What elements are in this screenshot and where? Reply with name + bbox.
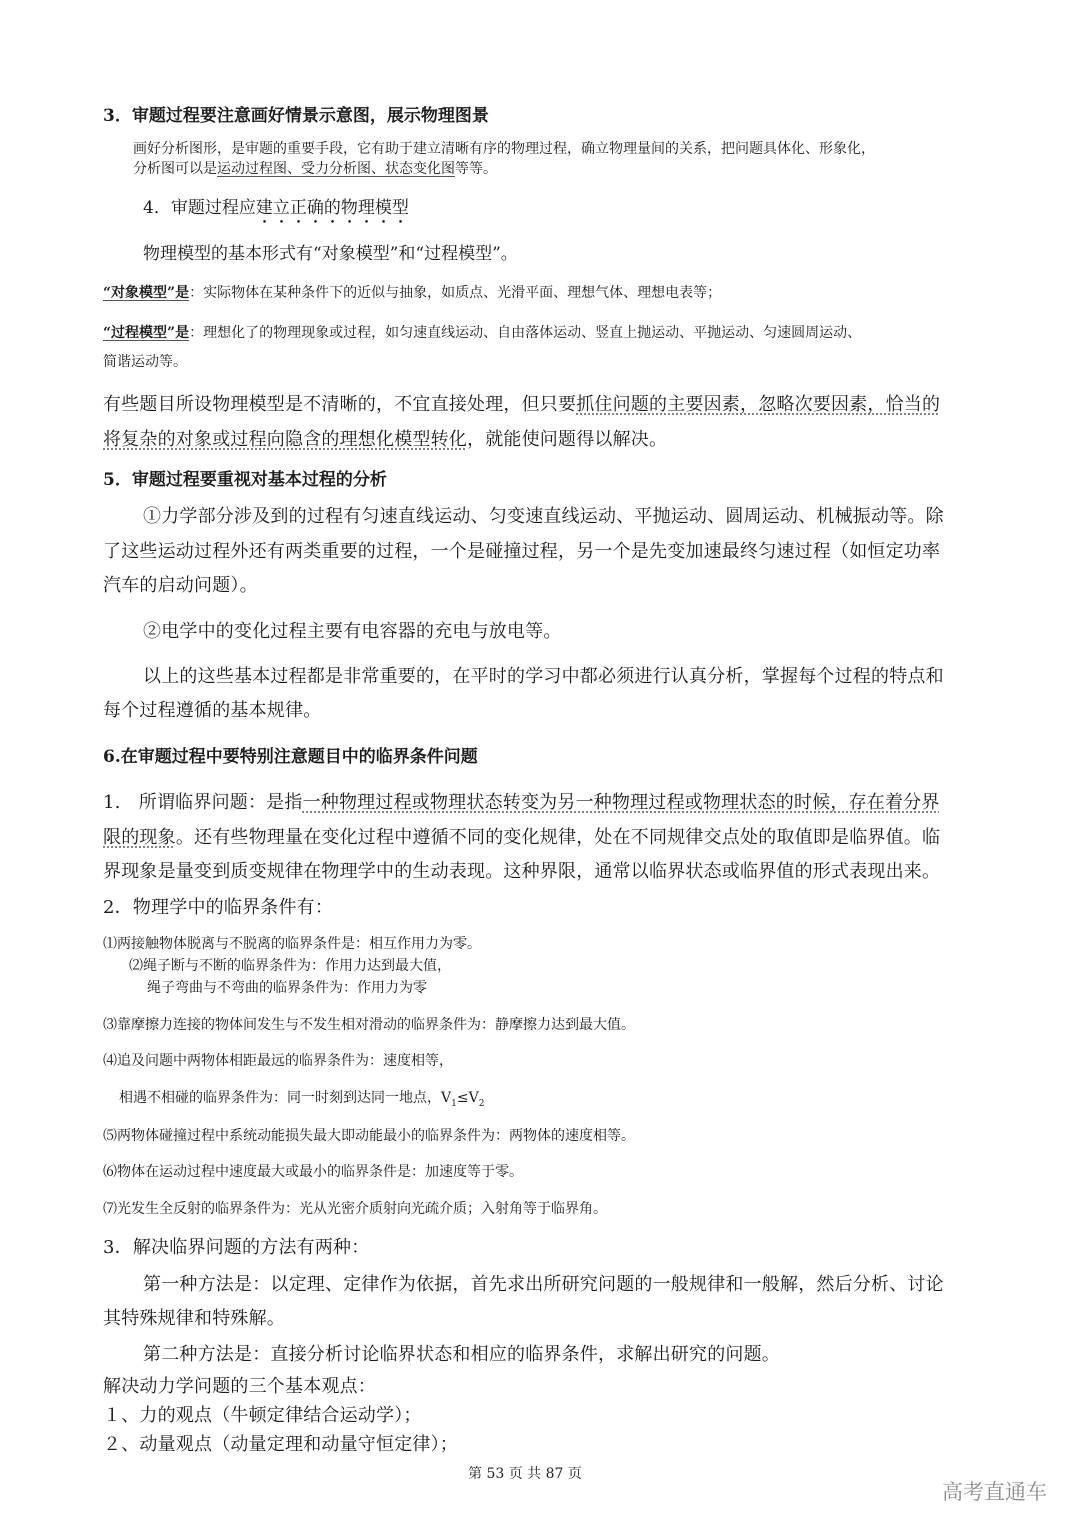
page-number: 第 53 页 共 87 页 bbox=[468, 1463, 582, 1483]
text: ：实际物体在某种条件下的近似与抽象，如质点、光滑平面、理想气体、理想电表等； bbox=[189, 285, 721, 301]
section-4-intro: 物理模型的基本形式有“对象模型”和“过程模型”。 bbox=[143, 239, 518, 264]
dynamics-heading: 解决动力学问题的三个基本观点： bbox=[103, 1372, 376, 1398]
process-model-definition: “过程模型”是：理想化了的物理现象或过程，如匀速直线运动、自由落体运动、竖直上抛… bbox=[103, 322, 861, 342]
text: 。还有些物理量在变化过程中遵循不同的变化规律，处在不同规律交点处的取值即是临界值… bbox=[176, 827, 940, 848]
heading-text: 4．审题过程应 bbox=[143, 198, 256, 218]
method-1-line-1: 第一种方法是：以定理、定律作为依据，首先求出所研究问题的一般规律和一般解，然后分… bbox=[143, 1270, 944, 1296]
underlined-definition-cont: 限的现象 bbox=[103, 827, 176, 848]
section-3-paragraph-line-2: 分析图可以是运动过程图、受力分析图、状态变化图等等。 bbox=[133, 158, 497, 178]
underlined-definition: 一种物理过程或物理状态转变为另一种物理过程或物理状态的时候，存在着分界 bbox=[303, 792, 940, 813]
text: 分析图可以是 bbox=[133, 161, 217, 177]
operator: ≤ bbox=[457, 1090, 469, 1106]
section-5-item-2: ②电学中的变化过程主要有电容器的充电与放电等。 bbox=[143, 617, 562, 643]
section-3-heading: 3．审题过程要注意画好情景示意图，展示物理图景 bbox=[103, 101, 489, 126]
section-3-paragraph-line-1: 画好分析图形，是审题的重要手段，它有助于建立清晰有序的物理过程，确立物理量间的关… bbox=[133, 138, 875, 158]
section-6-heading: 6.在审题过程中要特别注意题目中的临界条件问题 bbox=[103, 742, 478, 767]
text: ，就能使问题得以解决。 bbox=[467, 429, 667, 450]
process-model-label: “过程模型”是 bbox=[103, 325, 189, 341]
v-symbol: V bbox=[469, 1090, 479, 1106]
critical-problem-line-3: 界现象是量变到质变规律在物理学中的生动表现。这种界限，通常以临界状态或临界值的形… bbox=[103, 857, 940, 883]
emphasized-heading-text: 建立正确的物理模型 bbox=[256, 198, 409, 218]
condition-4-cont: 相遇不相碰的临界条件为：同一时刻到达同一地点，V1≤V2 bbox=[119, 1087, 484, 1109]
subscript: 2 bbox=[479, 1099, 485, 1109]
dynamics-item-1: １、力的观点（牛顿定律结合运动学）； bbox=[103, 1401, 422, 1427]
velocity-formula: V1≤V2 bbox=[441, 1090, 484, 1106]
condition-1: ⑴两接触物体脱离与不脱离的临界条件是：相互作用力为零。 bbox=[103, 933, 481, 953]
text: 相遇不相碰的临界条件为：同一时刻到达同一地点， bbox=[119, 1090, 441, 1106]
section-5-heading: 5．审题过程要重视对基本过程的分析 bbox=[103, 465, 387, 490]
underlined-diagram-types: 运动过程图、受力分析图、状态变化图 bbox=[217, 161, 455, 177]
condition-4: ⑷追及问题中两物体相距最远的临界条件为：速度相等， bbox=[103, 1050, 453, 1070]
condition-5: ⑸两物体碰撞过程中系统动能损失最大即动能最小的临界条件为：两物体的速度相等。 bbox=[103, 1125, 635, 1145]
section-5-item-1-line-1: ①力学部分涉及到的过程有匀速直线运动、匀变速直线运动、平抛运动、圆周运动、机械振… bbox=[143, 502, 944, 528]
critical-problem-line-2: 限的现象。还有些物理量在变化过程中遵循不同的变化规律，处在不同规律交点处的取值即… bbox=[103, 823, 940, 849]
method-2: 第二种方法是：直接分析讨论临界状态和相应的临界条件，求解出研究的问题。 bbox=[143, 1340, 780, 1366]
process-model-definition-cont: 简谐运动等。 bbox=[103, 351, 187, 371]
section-4-heading: 4．审题过程应建立正确的物理模型 bbox=[143, 193, 409, 228]
section-5-summary-line-1: 以上的这些基本过程都是非常重要的，在平时的学习中都必须进行认真分析，掌握每个过程… bbox=[143, 662, 944, 688]
v-symbol: V bbox=[441, 1090, 451, 1106]
text: 等等。 bbox=[455, 161, 497, 177]
method-1-line-2: 其特殊规律和特殊解。 bbox=[103, 1304, 285, 1330]
condition-7: ⑺光发生全反射的临界条件为：光从光密介质射向光疏介质；入射角等于临界角。 bbox=[103, 1198, 607, 1218]
section-5-item-1-line-3: 汽车的启动问题）。 bbox=[103, 571, 258, 597]
critical-problem-line-1: 1. 所谓临界问题：是指一种物理过程或物理状态转变为另一种物理过程或物理状态的时… bbox=[103, 788, 940, 814]
text: 1. 所谓临界问题：是指 bbox=[103, 792, 303, 813]
section-5-summary-line-2: 每个过程遵循的基本规律。 bbox=[103, 696, 321, 722]
condition-3: ⑶靠摩擦力连接的物体间发生与不发生相对滑动的临界条件为：静摩擦力达到最大值。 bbox=[103, 1014, 635, 1034]
condition-2: ⑵绳子断与不断的临界条件为：作用力达到最大值， bbox=[129, 955, 451, 975]
section-4-paragraph-line-1: 有些题目所设物理模型是不清晰的，不宜直接处理，但只要抓住问题的主要因素，忽略次要… bbox=[103, 390, 940, 416]
dynamics-item-2: ２、动量观点（动量定理和动量守恒定律）； bbox=[103, 1430, 458, 1456]
object-model-definition: “对象模型”是：实际物体在某种条件下的近似与抽象，如质点、光滑平面、理想气体、理… bbox=[103, 282, 721, 302]
object-model-label: “对象模型”是 bbox=[103, 285, 189, 301]
watermark: 高考直通车 bbox=[942, 1476, 1047, 1506]
underlined-key-point: 抓住问题的主要因素，忽略次要因素，恰当的 bbox=[576, 394, 940, 415]
section-4-paragraph-line-2: 将复杂的对象或过程向隐含的理想化模型转化，就能使问题得以解决。 bbox=[103, 425, 667, 451]
solution-methods-heading: 3．解决临界问题的方法有两种： bbox=[103, 1233, 369, 1259]
section-5-item-1-line-2: 了这些运动过程外还有两类重要的过程，一个是碰撞过程，另一个是先变加速最终匀速过程… bbox=[103, 537, 940, 563]
critical-conditions-heading: 2．物理学中的临界条件有： bbox=[103, 893, 333, 919]
text: ：理想化了的物理现象或过程，如匀速直线运动、自由落体运动、竖直上抛运动、平抛运动… bbox=[189, 325, 861, 341]
condition-6: ⑹物体在运动过程中速度最大或最小的临界条件是：加速度等于零。 bbox=[103, 1161, 523, 1181]
condition-2-cont: 绳子弯曲与不弯曲的临界条件为：作用力为零 bbox=[147, 977, 427, 997]
underlined-key-point-cont: 将复杂的对象或过程向隐含的理想化模型转化 bbox=[103, 429, 467, 450]
text: 有些题目所设物理模型是不清晰的，不宜直接处理，但只要 bbox=[103, 394, 576, 415]
